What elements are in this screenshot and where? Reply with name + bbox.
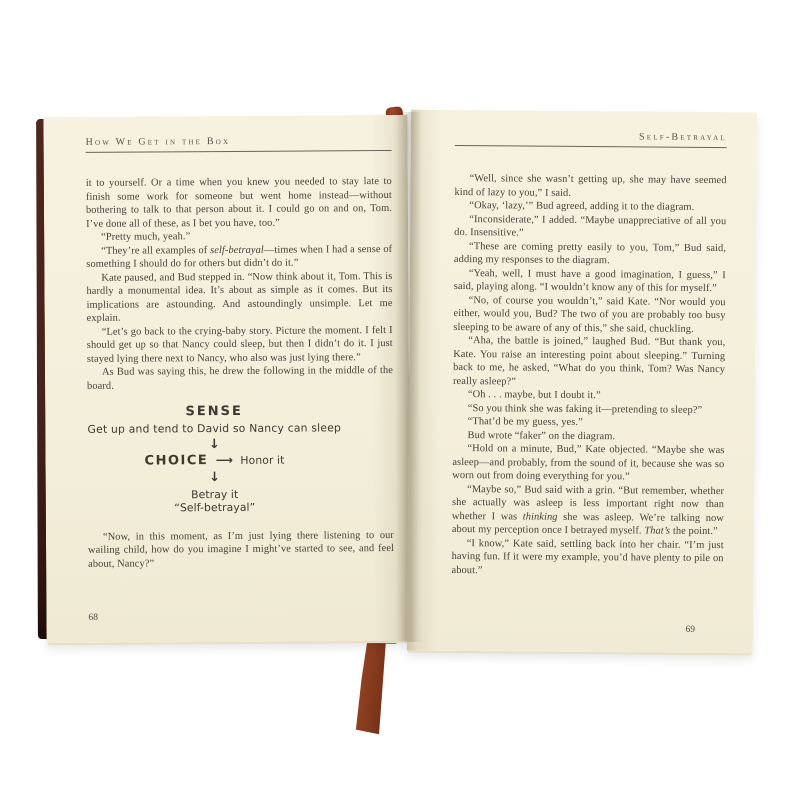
- text-segment: “Let’s go back to the crying-baby story.…: [87, 324, 393, 364]
- text-segment: Bud wrote “faker” on the diagram.: [468, 430, 616, 442]
- paragraph: “No, of course you wouldn’t,” said Kate.…: [453, 293, 725, 336]
- text-segment: “Yeah, well, I must have a good imaginat…: [454, 268, 726, 294]
- text-segment: Kate paused, and Bud stepped in. “Now th…: [86, 270, 392, 323]
- text-segment: “Oh . . . maybe, but I doubt it.”: [468, 389, 601, 401]
- photo-background: How We Get in the Box it to yourself. Or…: [0, 0, 800, 800]
- diagram-self-betrayal-label: “Self-betrayal”: [88, 501, 342, 516]
- diagram-choice-label: CHOICE: [144, 453, 208, 468]
- running-head-left-title: How We Get in the Box: [86, 136, 231, 148]
- text-segment: “Now, in this moment, as I’m just lying …: [88, 530, 394, 570]
- text-segment: “So you think she was faking it—pretendi…: [468, 403, 703, 416]
- page-number-left: 68: [88, 613, 98, 623]
- ribbon-bookmark: [353, 634, 387, 735]
- paragraph: “Now, in this moment, as I’m just lying …: [88, 529, 394, 571]
- paragraph: “Aha, the battle is joined,” laughed Bud…: [453, 334, 725, 390]
- text-segment: “No, of course you wouldn’t,” said Kate.…: [453, 295, 725, 335]
- right-page-text: “Well, since she wasn’t getting up, she …: [451, 172, 726, 579]
- paragraph: Kate paused, and Bud stepped in. “Now th…: [86, 269, 392, 325]
- paragraph: “Let’s go back to the crying-baby story.…: [87, 323, 393, 365]
- right-paragraph-block: “Well, since she wasn’t getting up, she …: [451, 172, 726, 579]
- text-segment: “Well, since she wasn’t getting up, she …: [454, 173, 726, 198]
- left-paragraph-block-after: “Now, in this moment, as I’m just lying …: [88, 529, 394, 571]
- diagram-sense-caption: Get up and tend to David so Nancy can sl…: [87, 421, 341, 436]
- running-head-rule: [455, 145, 727, 148]
- paragraph: “Hold on a minute, Bud,” Kate objected. …: [452, 442, 724, 485]
- paragraph: “Inconsiderate,” I added. “Maybe unappre…: [454, 212, 726, 241]
- paragraph: “These are coming pretty easily to you, …: [454, 239, 726, 268]
- text-segment: “Pretty much, yeah.”: [101, 231, 190, 243]
- paragraph: it to yourself. Or a time when you knew …: [86, 175, 392, 231]
- paragraph: “Yeah, well, I must have a good imaginat…: [454, 266, 726, 295]
- right-page: Self-Betrayal “Well, since she wasn’t ge…: [407, 110, 757, 654]
- diagram-choice-row: CHOICE ⟶ Honor it: [87, 453, 341, 469]
- text-segment: “Inconsiderate,” I added. “Maybe unappre…: [454, 214, 726, 239]
- diagram-arrow-down-icon: ↓: [88, 470, 342, 485]
- paragraph: “I know,” Kate said, settling back into …: [451, 536, 723, 579]
- paragraph: “That’d be my guess, yes.”: [453, 415, 725, 431]
- paragraph: “Oh . . . maybe, but I doubt it.”: [453, 388, 725, 404]
- left-page-text: it to yourself. Or a time when you knew …: [86, 175, 394, 571]
- italic-text: thinking: [523, 511, 558, 522]
- text-segment: “Aha, the battle is joined,” laughed Bud…: [453, 335, 725, 387]
- paragraph: “Okay, ‘lazy,’” Bud agreed, adding it to…: [454, 199, 726, 215]
- text-segment: “These are coming pretty easily to you, …: [454, 241, 726, 267]
- text-segment: “They’re all examples of: [101, 245, 210, 257]
- diagram-arrow-right-icon: ⟶: [216, 453, 233, 467]
- running-head-rule: [86, 150, 392, 153]
- text-segment: “I know,” Kate said, settling back into …: [451, 538, 723, 576]
- diagram-honor-label: Honor it: [240, 453, 284, 466]
- board-diagram: SENSE Get up and tend to David so Nancy …: [87, 404, 342, 515]
- running-head-left: How We Get in the Box: [86, 135, 392, 153]
- text-segment: it to yourself. Or a time when you knew …: [86, 176, 392, 229]
- text-segment: “Okay, ‘lazy,’” Bud agreed, adding it to…: [469, 200, 694, 213]
- italic-text: self-betrayal: [210, 244, 264, 255]
- page-number-right: 69: [686, 625, 696, 635]
- left-page: How We Get in the Box it to yourself. Or…: [43, 115, 410, 643]
- running-head-right-title: Self-Betrayal: [639, 131, 727, 143]
- paragraph: “Well, since she wasn’t getting up, she …: [454, 172, 726, 201]
- italic-text: That’s: [644, 525, 670, 536]
- text-segment: “That’d be my guess, yes.”: [468, 416, 583, 428]
- paragraph: As Bud was saying this, he drew the foll…: [87, 364, 393, 393]
- diagram-arrow-down-icon: ↓: [87, 437, 341, 452]
- diagram-sense-label: SENSE: [87, 404, 341, 419]
- paragraph: “Maybe so,” Bud said with a grin. “But r…: [452, 482, 724, 538]
- left-paragraph-block: it to yourself. Or a time when you knew …: [86, 175, 393, 393]
- paragraph: “They’re all examples of self-betrayal—t…: [86, 242, 392, 271]
- text-segment: “Hold on a minute, Bud,” Kate objected. …: [452, 443, 724, 482]
- text-segment: As Bud was saying this, he drew the foll…: [87, 365, 393, 391]
- running-head-right: Self-Betrayal: [455, 130, 727, 148]
- text-segment: the point.”: [670, 526, 718, 537]
